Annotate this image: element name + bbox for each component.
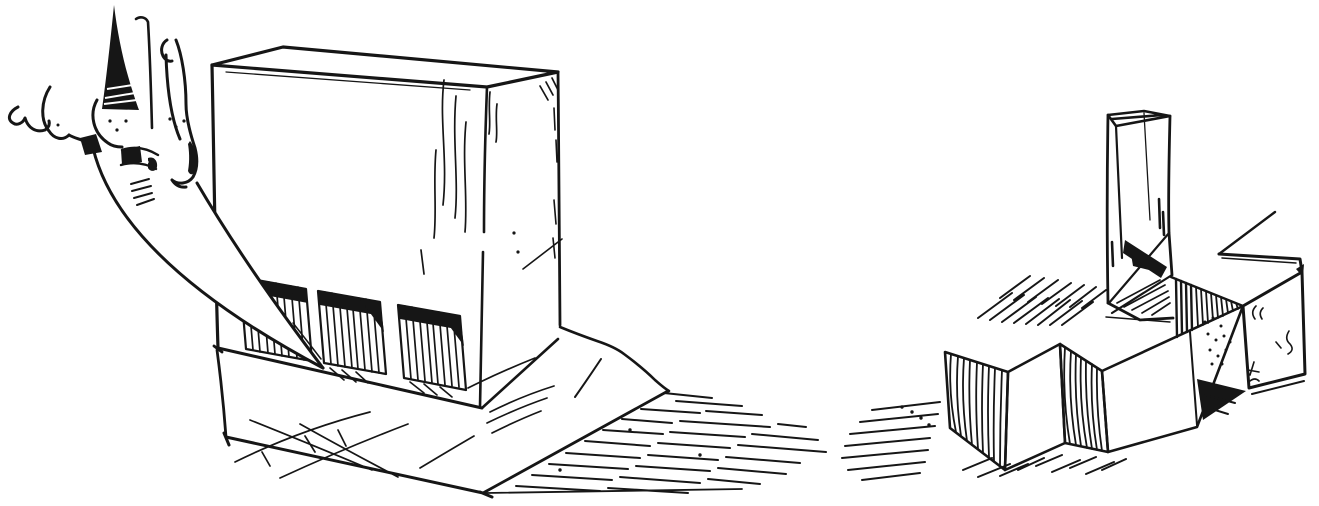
z-fold [1219,212,1275,254]
right-figure [842,111,1305,480]
shadow-hatching-diagonal [978,276,1106,325]
left-figure [9,5,826,497]
shadow-hatching-horizontal [842,402,940,480]
end-face-marks [1248,306,1292,381]
under-slot-hatch [330,368,452,397]
base-plinth [214,339,668,497]
illustration-canvas [0,0,1319,506]
lying-strip-band [1171,277,1243,337]
finger-gap-shadow [80,134,102,155]
knife-blade [93,148,323,368]
stipple-dots [1204,317,1232,366]
fold-face-3-hatch [1064,347,1102,451]
base-sketch-marks [235,412,474,478]
under-zigzag-shadow [963,455,1126,477]
accordion-zigzag-strip [945,306,1243,470]
knife-handle-butt [136,17,152,128]
ink-drawing [0,0,1319,506]
side-face-marks [523,108,562,269]
end-block-shadow [1190,332,1246,425]
upright-folded-strip [1106,111,1173,322]
inner-shadow-wedge [1123,240,1167,278]
paper-fold [560,327,669,397]
corner-ticks [540,78,558,100]
knuckle-curve [43,87,84,141]
cast-shadow-hatching [487,393,826,493]
freckles [57,117,186,131]
